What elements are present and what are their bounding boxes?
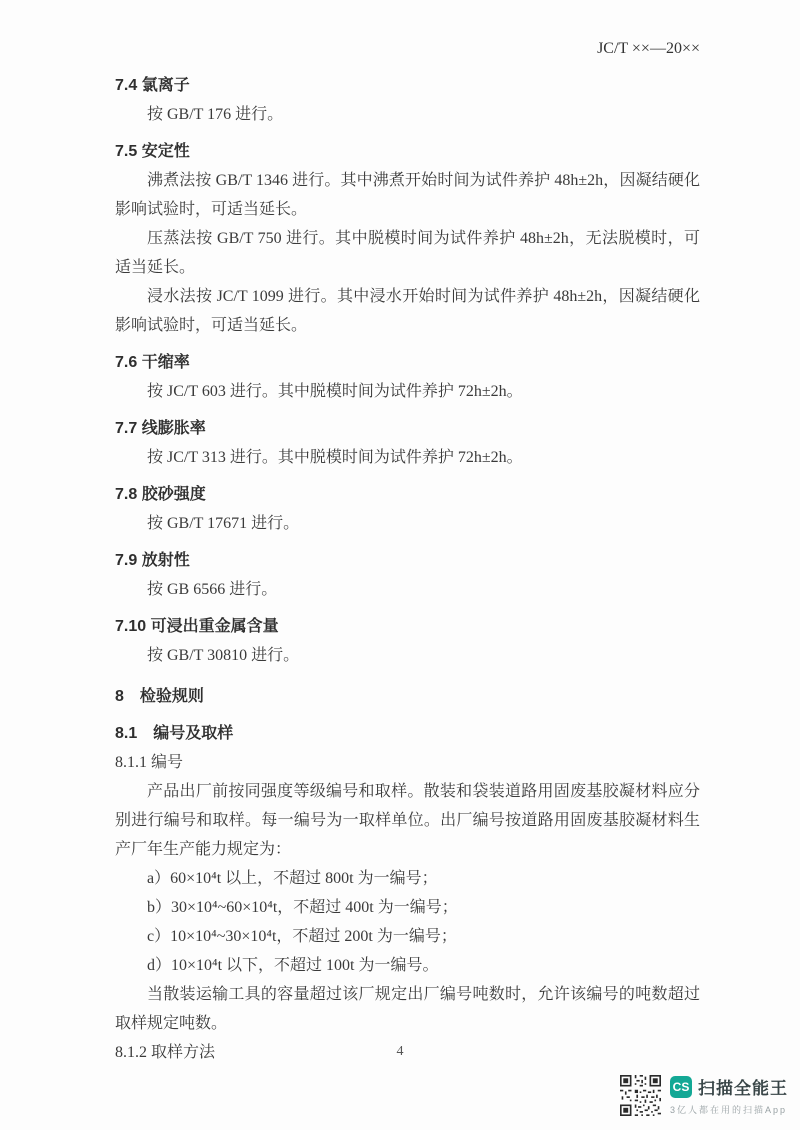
section-paragraph: 沸煮法按 GB/T 1346 进行。其中沸煮开始时间为试件养护 48h±2h，因… (115, 166, 700, 224)
section-paragraph: 产品出厂前按同强度等级编号和取样。散装和袋装道路用固废基胶凝材料应分别进行编号和… (115, 777, 700, 864)
camscanner-logo-icon: CS (670, 1076, 692, 1098)
document-page: JC/T ××—20×× 7.4 氯离子 按 GB/T 176 进行。 7.5 … (0, 0, 800, 1130)
section-paragraph: 按 GB/T 17671 进行。 (115, 509, 700, 538)
section-heading-7-8: 7.8 胶砂强度 (115, 480, 700, 509)
section-heading-8-1-1: 8.1.1 编号 (115, 748, 700, 777)
page-number: 4 (397, 1044, 404, 1059)
section-heading-8-1: 8.1 编号及取样 (115, 719, 700, 748)
watermark-tagline: 3亿人都在用的扫描App (670, 1103, 788, 1116)
section-heading-7-6: 7.6 干缩率 (115, 348, 700, 377)
qr-code-icon (620, 1075, 661, 1116)
list-item-d: d）10×10⁴t 以下，不超过 100t 为一编号。 (115, 951, 700, 980)
section-heading-7-9: 7.9 放射性 (115, 546, 700, 575)
scanner-watermark: CS 扫描全能王 3亿人都在用的扫描App (620, 1074, 788, 1116)
list-item-a: a）60×10⁴t 以上，不超过 800t 为一编号； (115, 864, 700, 893)
section-paragraph: 按 GB 6566 进行。 (115, 575, 700, 604)
page-header: JC/T ××—20×× (115, 34, 700, 63)
section-paragraph: 按 GB/T 176 进行。 (115, 100, 700, 129)
section-paragraph: 按 GB/T 30810 进行。 (115, 641, 700, 670)
section-paragraph: 压蒸法按 GB/T 750 进行。其中脱模时间为试件养护 48h±2h，无法脱模… (115, 224, 700, 282)
section-heading-7-5: 7.5 安定性 (115, 137, 700, 166)
list-item-c: c）10×10⁴~30×10⁴t，不超过 200t 为一编号； (115, 922, 700, 951)
standard-number: JC/T ××—20×× (597, 40, 700, 57)
watermark-app-name: 扫描全能王 (698, 1074, 788, 1099)
section-paragraph: 按 JC/T 313 进行。其中脱模时间为试件养护 72h±2h。 (115, 443, 700, 472)
chapter-heading-8: 8 检验规则 (115, 682, 700, 711)
section-paragraph: 按 JC/T 603 进行。其中脱模时间为试件养护 72h±2h。 (115, 377, 700, 406)
section-heading-7-7: 7.7 线膨胀率 (115, 414, 700, 443)
page-footer: 4 (0, 1044, 800, 1060)
section-heading-7-10: 7.10 可浸出重金属含量 (115, 612, 700, 641)
section-paragraph: 当散装运输工具的容量超过该厂规定出厂编号吨数时，允许该编号的吨数超过取样规定吨数… (115, 980, 700, 1038)
list-item-b: b）30×10⁴~60×10⁴t，不超过 400t 为一编号； (115, 893, 700, 922)
section-heading-7-4: 7.4 氯离子 (115, 71, 700, 100)
section-paragraph: 浸水法按 JC/T 1099 进行。其中浸水开始时间为试件养护 48h±2h，因… (115, 282, 700, 340)
